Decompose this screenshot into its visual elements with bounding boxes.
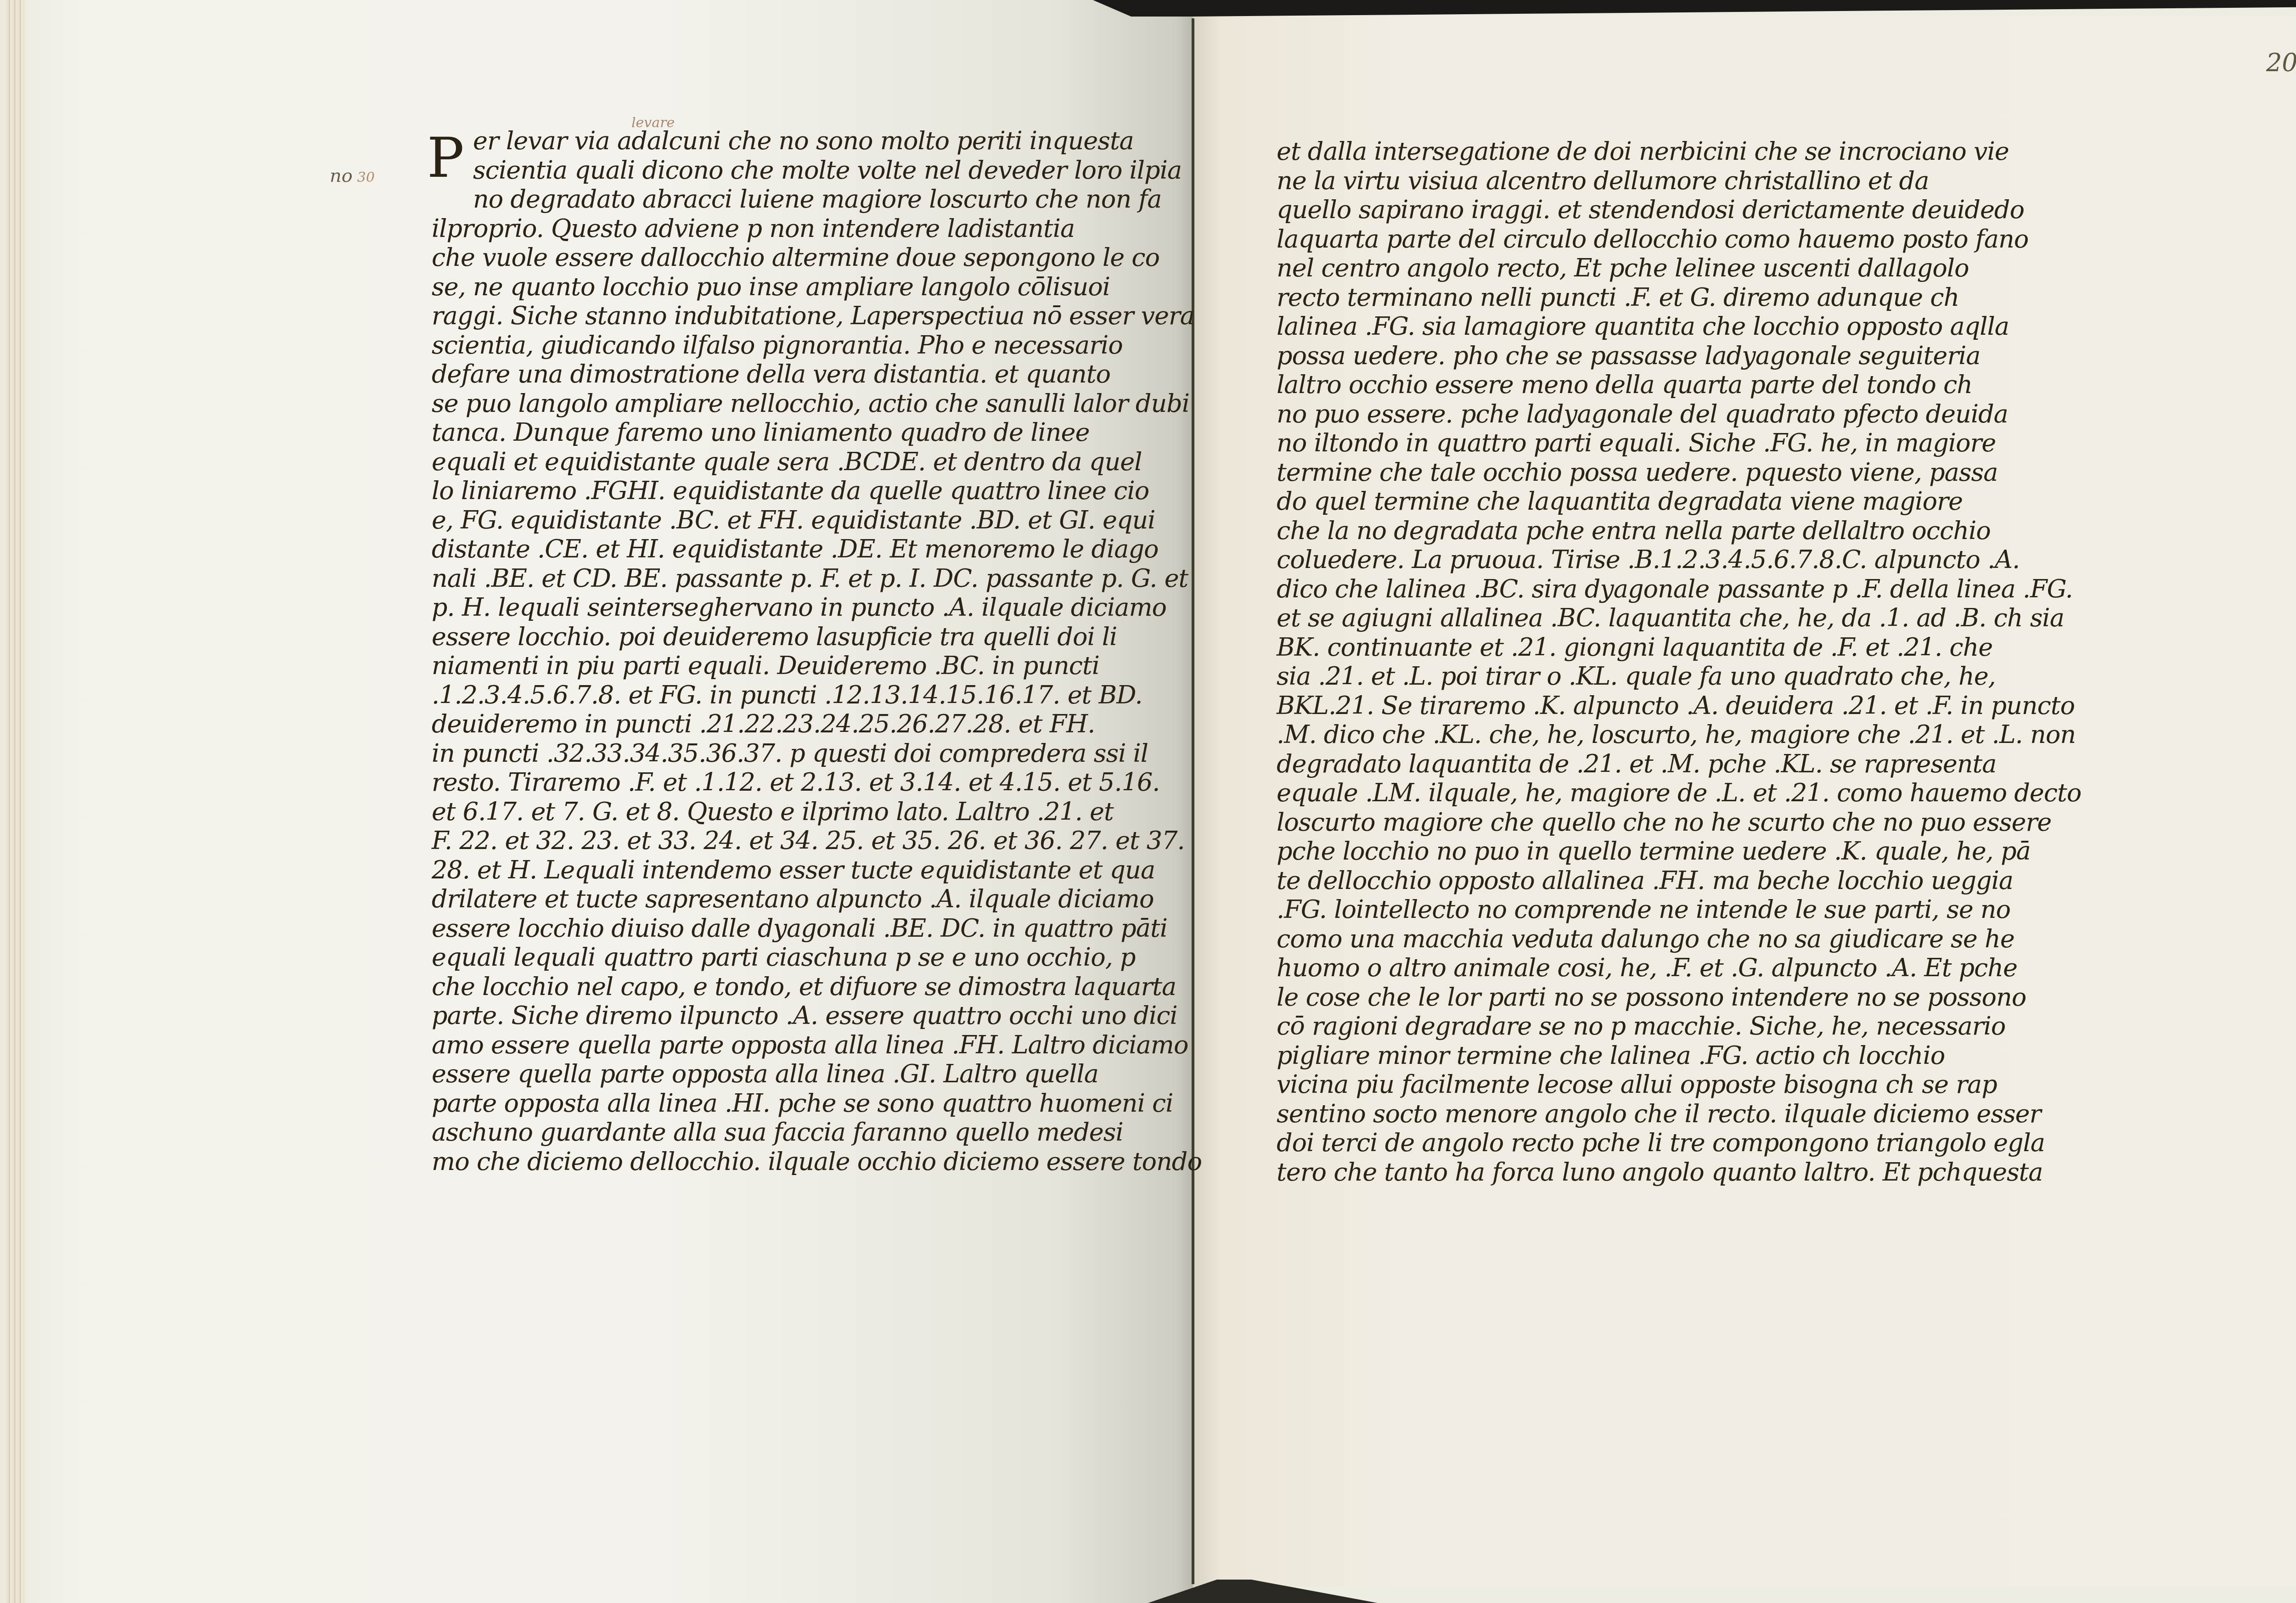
text-line: et dalla intersegatione de doi nerbicini…	[1277, 137, 2081, 166]
text-line: essere quella parte opposta alla linea .…	[432, 1059, 1202, 1089]
margin-note-text: no	[330, 165, 353, 186]
book-spread: no30 levare P er levar via adalcuni che …	[0, 0, 2296, 1603]
text-line: te dellocchio opposto allalinea .FH. ma …	[1277, 866, 2081, 895]
text-line: huomo o altro animale cosi, he, .F. et .…	[1277, 953, 2081, 983]
text-line: .FG. lointellecto no comprende ne intend…	[1277, 895, 2081, 924]
text-line: nali .BE. et CD. BE. passante p. F. et p…	[432, 564, 1202, 593]
text-line: essere locchio. poi deuideremo lasupfici…	[432, 622, 1202, 652]
text-line: equale .LM. ilquale, he, magiore de .L. …	[1277, 778, 2081, 808]
text-line: che locchio nel capo, e tondo, et difuor…	[432, 972, 1202, 1001]
margin-note: no30	[330, 165, 375, 186]
text-line: laquarta parte del circulo dellocchio co…	[1277, 225, 2081, 254]
text-line: che vuole essere dallocchio altermine do…	[432, 243, 1202, 272]
text-line: possa uedere. pho che se passasse ladyag…	[1277, 341, 2081, 371]
text-line: termine che tale occhio possa uedere. pq…	[1277, 458, 2081, 487]
text-line: tero che tanto ha forca luno angolo quan…	[1277, 1158, 2081, 1187]
text-line: nel centro angolo recto, Et pche lelinee…	[1277, 253, 2081, 283]
text-line: recto terminano nelli puncti .F. et G. d…	[1277, 283, 2081, 312]
text-line: degradato laquantita de .21. et .M. pche…	[1277, 749, 2081, 779]
text-line: aschuno guardante alla sua faccia farann…	[432, 1118, 1202, 1147]
text-line: doi terci de angolo recto pche li tre co…	[1277, 1128, 2081, 1158]
text-line: et 6.17. et 7. G. et 8. Questo e ilprimo…	[432, 797, 1202, 827]
text-line: no puo essere. pche ladyagonale del quad…	[1277, 399, 2081, 429]
text-line: se puo langolo ampliare nellocchio, acti…	[432, 389, 1202, 418]
text-line: dico che lalinea .BC. sira dyagonale pas…	[1277, 574, 2081, 604]
text-line: pigliare minor termine che lalinea .FG. …	[1277, 1041, 2081, 1070]
text-line: er levar via adalcuni che no sono molto …	[432, 126, 1202, 156]
text-line: deuideremo in puncti .21.22.23.24.25.26.…	[432, 709, 1202, 739]
text-line: e, FG. equidistante .BC. et FH. equidist…	[432, 506, 1202, 535]
text-line: equali lequali quattro parti ciaschuna p…	[432, 943, 1202, 972]
text-line: BK. continuante et .21. giongni laquanti…	[1277, 633, 2081, 662]
text-line: ne la virtu visiua alcentro dellumore ch…	[1277, 166, 2081, 196]
text-line: resto. Tiraremo .F. et .1.12. et 2.13. e…	[432, 768, 1202, 797]
text-line: niamenti in piu parti equali. Deuideremo…	[432, 651, 1202, 681]
text-line: amo essere quella parte opposta alla lin…	[432, 1030, 1202, 1060]
text-line: do quel termine che laquantita degradata…	[1277, 487, 2081, 516]
text-line: se, ne quanto locchio puo inse ampliare …	[432, 272, 1202, 302]
folio-number: 20	[2266, 48, 2296, 77]
text-line: como una macchia veduta dalungo che no s…	[1277, 924, 2081, 954]
text-line: no iltondo in quattro parti equali. Sich…	[1277, 428, 2081, 458]
page-edges	[6, 0, 25, 1603]
text-line: coluedere. La pruoua. Tirise .B.1.2.3.4.…	[1277, 545, 2081, 574]
text-line: laltro occhio essere meno della quarta p…	[1277, 370, 2081, 399]
text-line: scientia, giudicando ilfalso pignorantia…	[432, 331, 1202, 360]
text-line: lo liniaremo .FGHI. equidistante da quel…	[432, 476, 1202, 506]
text-line: F. 22. et 32. 23. et 33. 24. et 34. 25. …	[432, 826, 1202, 855]
text-line: scientia quali dicono che molte volte ne…	[432, 156, 1202, 185]
text-line: sia .21. et .L. poi tirar o .KL. quale f…	[1277, 662, 2081, 691]
text-line: loscurto magiore che quello che no he sc…	[1277, 808, 2081, 837]
text-line: lalinea .FG. sia lamagiore quantita che …	[1277, 312, 2081, 341]
text-line: parte. Siche diremo ilpuncto .A. essere …	[432, 1001, 1202, 1030]
text-line: in puncti .32.33.34.35.36.37. p questi d…	[432, 739, 1202, 768]
text-line: 28. et H. Lequali intendemo esser tucte …	[432, 855, 1202, 885]
text-line: defare una dimostratione della vera dist…	[432, 360, 1202, 389]
text-line: vicina piu facilmente lecose allui oppos…	[1277, 1070, 2081, 1099]
text-line: .M. dico che .KL. che, he, loscurto, he,…	[1277, 720, 2081, 749]
text-line: le cose che le lor parti no se possono i…	[1277, 983, 2081, 1012]
right-page-text: et dalla intersegatione de doi nerbicini…	[1277, 137, 2081, 1187]
text-line: che la no degradata pche entra nella par…	[1277, 516, 2081, 546]
text-line: no degradato abracci luiene magiore losc…	[432, 185, 1202, 214]
text-line: distante .CE. et HI. equidistante .DE. E…	[432, 534, 1202, 564]
text-line: essere locchio diuiso dalle dyagonali .B…	[432, 914, 1202, 943]
background-dark-top	[1093, 0, 2296, 17]
text-line: mo che diciemo dellocchio. ilquale occhi…	[432, 1147, 1202, 1176]
text-line: cō ragioni degradare se no p macchie. Si…	[1277, 1012, 2081, 1041]
text-line: p. H. lequali seinterseghervano in punct…	[432, 593, 1202, 622]
margin-note-number: 30	[357, 169, 375, 186]
text-line: et se agiugni allalinea .BC. laquantita …	[1277, 603, 2081, 633]
text-line: BKL.21. Se tiraremo .K. alpuncto .A. deu…	[1277, 691, 2081, 720]
text-line: equali et equidistante quale sera .BCDE.…	[432, 447, 1202, 477]
text-line: quello sapirano iraggi. et stendendosi d…	[1277, 195, 2081, 225]
text-line: drilatere et tucte sapresentano alpuncto…	[432, 884, 1202, 914]
text-line: .1.2.3.4.5.6.7.8. et FG. in puncti .12.1…	[432, 681, 1202, 710]
text-line: raggi. Siche stanno indubitatione, Laper…	[432, 301, 1202, 331]
text-line: parte opposta alla linea .HI. pche se so…	[432, 1089, 1202, 1118]
text-line: pche locchio no puo in quello termine ue…	[1277, 837, 2081, 866]
text-line: tanca. Dunque faremo uno liniamento quad…	[432, 418, 1202, 447]
text-line: sentino socto menore angolo che il recto…	[1277, 1099, 2081, 1129]
left-page-text: er levar via adalcuni che no sono molto …	[432, 126, 1202, 1176]
text-line: ilproprio. Questo adviene p non intender…	[432, 214, 1202, 243]
